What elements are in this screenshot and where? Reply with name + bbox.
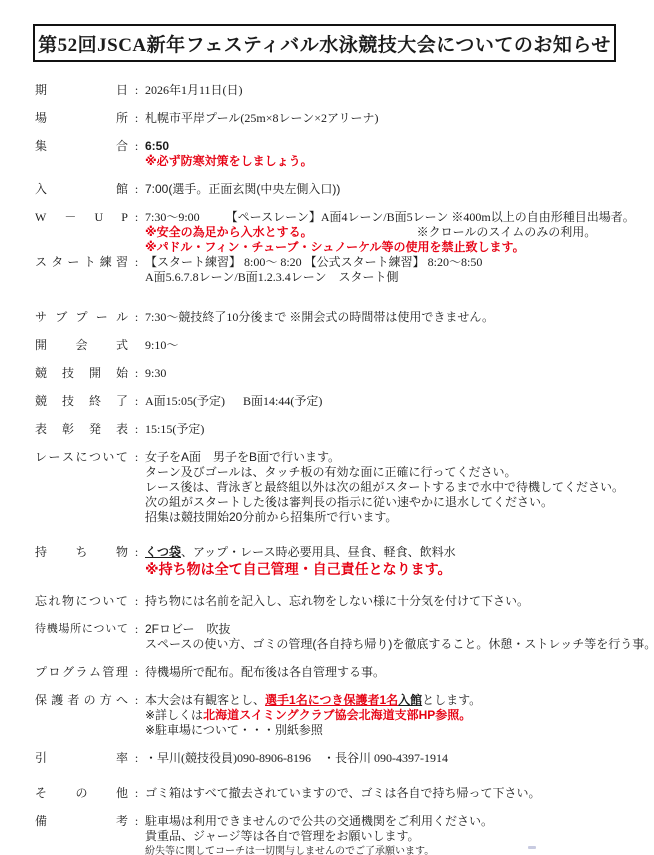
- value-line: ゴミ箱はすべて撤去されていますので、ゴミは各自で持ち帰って下さい。: [145, 786, 634, 801]
- label-char: に: [75, 594, 87, 609]
- row-colon: :: [128, 310, 145, 325]
- text-segment: 15:15(予定): [145, 422, 204, 437]
- row-label: レースについて: [35, 450, 128, 465]
- label-char: ル: [116, 310, 128, 325]
- row-colon: :: [128, 111, 145, 126]
- label-char: プ: [75, 310, 87, 325]
- text-segment: 9:10～: [145, 338, 178, 353]
- label-char: 忘: [35, 594, 47, 609]
- value-line: レース後は、背泳ぎと最終組以外は次の組がスタートするまで水中で待機してください。: [145, 480, 634, 495]
- value-line: 紛失等に関してコーチは一切関与しませんのでご了承願います。: [145, 844, 634, 855]
- label-char: 技: [62, 394, 74, 409]
- text-segment: とします。: [422, 693, 481, 708]
- label-char: 表: [35, 422, 47, 437]
- label-char: 始: [116, 366, 128, 381]
- text-segment: 待機場所で配布。配布後は各自管理する事。: [145, 665, 385, 680]
- label-char: 発: [89, 422, 101, 437]
- value-line: ※パドル・フィン・チューブ・シュノーケル等の使用を禁止致します。: [145, 240, 634, 255]
- value-line: 7:00(選手。正面玄関(中央左側入口)): [145, 182, 634, 197]
- value-line: A面15:05(予定)B面14:44(予定): [145, 394, 634, 409]
- text-segment: 7:30～9:00: [145, 210, 200, 225]
- row-colon: :: [128, 139, 145, 154]
- label-char: －: [64, 210, 76, 225]
- label-char: サ: [35, 310, 47, 325]
- row-label: 期日: [35, 83, 128, 98]
- row-colon: :: [128, 594, 145, 609]
- text-segment: ゴミ箱はすべて撤去されていますので、ゴミは各自で持ち帰って下さい。: [145, 786, 541, 801]
- label-char: ー: [48, 450, 60, 465]
- text-segment: 7:00(選手。正面玄関(中央左側入口)): [145, 182, 340, 197]
- row-awards: 表彰発表:15:15(予定): [35, 422, 634, 437]
- label-char: 習: [116, 255, 128, 270]
- label-char: 備: [35, 814, 47, 829]
- label-char: P: [121, 210, 128, 225]
- value-line: ※必ず防寒対策をしましょう。: [145, 154, 634, 169]
- label-char: 入: [35, 182, 47, 197]
- row-colon: :: [128, 394, 145, 409]
- row-lost-items: 忘れ物について:持ち物には名前を記入し、忘れ物をしない様に十分気を付けて下さい。: [35, 594, 634, 609]
- value-line: 女子をA面 男子をB面で行います。: [145, 450, 634, 465]
- text-segment: 7:30～競技終了10分後まで ※開会式の時間帯は使用できません。: [145, 310, 494, 325]
- row-colon: :: [128, 665, 145, 680]
- label-char: 所: [116, 111, 128, 126]
- value-line: 2Fロビー 吹抜: [145, 622, 634, 637]
- row-value: 7:00(選手。正面玄関(中央左側入口)): [145, 182, 634, 197]
- row-start-practice: スタート練習:【スタート練習】 8:00～ 8:20 【公式スタート練習】 8:…: [35, 255, 634, 285]
- value-line: ※安全の為足から入水とする。※クロールのスイムのみの利用。: [145, 225, 634, 240]
- row-value: 待機場所で配布。配布後は各自管理する事。: [145, 665, 634, 680]
- row-colon: :: [128, 814, 145, 829]
- text-segment: 【スタート練習】 8:00～ 8:20 【公式スタート練習】 8:20～8:50: [145, 255, 482, 270]
- row-value: 駐車場は利用できませんので公共の交通機関をご利用ください。貴重品、ジャージ等は各…: [145, 814, 634, 855]
- page-title: 第52回JSCA新年フェスティバル水泳競技大会についてのお知らせ: [38, 30, 611, 57]
- label-char: そ: [35, 786, 47, 801]
- row-about-race: レースについて:女子をA面 男子をB面で行います。ターン及びゴールは、タッチ板の…: [35, 450, 634, 525]
- row-date: 期日:2026年1月11日(日): [35, 83, 634, 98]
- label-char: 合: [116, 139, 128, 154]
- label-char: に: [82, 622, 93, 637]
- text-segment: スペースの使い方、ゴミの管理(各自持ち帰り)を徹底すること。休憩・ストレッチ等を…: [145, 637, 654, 652]
- label-char: い: [102, 450, 114, 465]
- text-segment: 札幌市平岸プール(25m×8レーン×2アリーナ): [145, 111, 379, 126]
- row-label: 競技開始: [35, 366, 128, 381]
- label-char: の: [75, 786, 87, 801]
- label-char: 開: [35, 338, 47, 353]
- label-char: 他: [116, 786, 128, 801]
- text-segment: ターン及びゴールは、タッチ板の有効な面に正確に行ってください。: [145, 465, 517, 480]
- value-line: 待機場所で配布。配布後は各自管理する事。: [145, 665, 634, 680]
- row-label: 保護者の方へ: [35, 693, 128, 708]
- label-char: 所: [70, 622, 81, 637]
- row-opening: 開会式9:10～: [35, 338, 634, 353]
- value-line: くつ袋、アップ・レース時必要用具、昼食、軽食、飲料水: [145, 545, 634, 560]
- value-line: 7:30～9:00【ペースレーン】A面4レーン/B面5レーン ※400m以上の自…: [145, 210, 634, 225]
- text-segment: ※持ち物は全て自己管理・自己責任となります。: [145, 560, 452, 579]
- text-segment: 紛失等に関してコーチは一切関与しませんのでご了承願います。: [145, 844, 434, 855]
- row-label: 引率: [35, 751, 128, 766]
- value-line: 持ち物には名前を記入し、忘れ物をしない様に十分気を付けて下さい。: [145, 594, 634, 609]
- label-char: U: [95, 210, 104, 225]
- row-value: 6:50※必ず防寒対策をしましょう。: [145, 139, 634, 169]
- row-value: 15:15(予定): [145, 422, 634, 437]
- notice-rows: 期日:2026年1月11日(日)場所:札幌市平岸プール(25m×8レーン×2アリ…: [35, 83, 634, 855]
- label-char: ち: [75, 545, 87, 560]
- label-char: 会: [75, 338, 87, 353]
- label-char: レ: [35, 450, 47, 465]
- row-value: 7:30～9:00【ペースレーン】A面4レーン/B面5レーン ※400m以上の自…: [145, 210, 634, 255]
- row-colon: :: [128, 182, 145, 197]
- row-colon: :: [128, 450, 145, 465]
- label-char: つ: [94, 622, 105, 637]
- label-char: ラ: [75, 665, 87, 680]
- label-char: グ: [62, 665, 74, 680]
- value-line: ※詳しくは北海道スイミングクラブ協会北海道支部HP参照。: [145, 708, 634, 723]
- row-label: 持ち物: [35, 545, 128, 560]
- row-race-end: 競技終了:A面15:05(予定)B面14:44(予定): [35, 394, 634, 409]
- label-char: ー: [67, 255, 79, 270]
- label-char: 考: [116, 814, 128, 829]
- row-value: 女子をA面 男子をB面で行います。ターン及びゴールは、タッチ板の有効な面に正確に…: [145, 450, 634, 525]
- label-char: 持: [35, 545, 47, 560]
- row-value: 本大会は有観客とし、選手1名につき保護者1名入館とします。※詳しくは北海道スイミ…: [145, 693, 634, 738]
- value-line: 札幌市平岸プール(25m×8レーン×2アリーナ): [145, 111, 634, 126]
- text-segment: ※必ず防寒対策をしましょう。: [145, 154, 313, 169]
- row-colon: :: [128, 210, 145, 225]
- label-char: 了: [116, 394, 128, 409]
- label-char: て: [117, 622, 128, 637]
- label-char: 者: [67, 693, 79, 708]
- row-value: 9:30: [145, 366, 634, 381]
- row-guardians: 保護者の方へ:本大会は有観客とし、選手1名につき保護者1名入館とします。※詳しく…: [35, 693, 634, 738]
- value-line: 6:50: [145, 139, 634, 154]
- label-char: い: [105, 622, 116, 637]
- value-line: 9:30: [145, 366, 634, 381]
- label-char: 練: [100, 255, 112, 270]
- text-segment: ・早川(競技役員)090-8906-8196 ・長谷川 090-4397-191…: [145, 751, 448, 766]
- label-char: ム: [89, 665, 101, 680]
- row-entry: 入館:7:00(選手。正面玄関(中央左側入口)): [35, 182, 634, 197]
- row-label: サブプール: [35, 310, 128, 325]
- label-char: 競: [35, 394, 47, 409]
- value-line: 15:15(予定): [145, 422, 634, 437]
- row-value: 9:10～: [145, 338, 634, 353]
- text-segment: B面14:44(予定): [243, 394, 322, 409]
- label-char: 機: [47, 622, 58, 637]
- row-label: 忘れ物について: [35, 594, 128, 609]
- text-segment: 9:30: [145, 366, 166, 381]
- label-char: 保: [35, 693, 47, 708]
- label-char: 式: [116, 338, 128, 353]
- row-label: 開会式: [35, 338, 128, 353]
- row-value: A面15:05(予定)B面14:44(予定): [145, 394, 634, 409]
- label-char: 物: [62, 594, 74, 609]
- label-char: 管: [102, 665, 114, 680]
- label-char: つ: [89, 450, 101, 465]
- label-char: 率: [116, 751, 128, 766]
- label-char: 理: [116, 665, 128, 680]
- row-value: 2Fロビー 吹抜スペースの使い方、ゴミの管理(各自持ち帰り)を徹底すること。休憩…: [145, 622, 634, 652]
- value-line: 招集は競技開始20分前から招集所で行います。: [145, 510, 634, 525]
- row-value: 【スタート練習】 8:00～ 8:20 【公式スタート練習】 8:20～8:50…: [145, 255, 634, 285]
- label-char: W: [35, 210, 46, 225]
- row-race-start: 競技開始:9:30: [35, 366, 634, 381]
- value-line: スペースの使い方、ゴミの管理(各自持ち帰り)を徹底すること。休憩・ストレッチ等を…: [145, 637, 634, 652]
- label-char: て: [116, 594, 128, 609]
- scan-artifact: [528, 846, 536, 849]
- value-line: 貴重品、ジャージ等は各自で管理をお願いします。: [145, 829, 634, 844]
- label-char: 引: [35, 751, 47, 766]
- row-others: その他:ゴミ箱はすべて撤去されていますので、ゴミは各自で持ち帰って下さい。: [35, 786, 634, 801]
- text-segment: A面5.6.7.8レーン/B面1.2.3.4レーン スタート側: [145, 270, 399, 285]
- label-char: に: [75, 450, 87, 465]
- value-line: 駐車場は利用できませんので公共の交通機関をご利用ください。: [145, 814, 634, 829]
- label-char: ー: [96, 310, 108, 325]
- label-char: 期: [35, 83, 47, 98]
- row-value: 7:30～競技終了10分後まで ※開会式の時間帯は使用できません。: [145, 310, 634, 325]
- label-char: 待: [35, 622, 46, 637]
- label-char: 物: [116, 545, 128, 560]
- label-char: ス: [62, 450, 74, 465]
- text-segment: 6:50: [145, 139, 169, 154]
- value-line: 本大会は有観客とし、選手1名につき保護者1名入館とします。: [145, 693, 634, 708]
- title-box: 第52回JSCA新年フェスティバル水泳競技大会についてのお知らせ: [33, 24, 616, 62]
- value-line: 7:30～競技終了10分後まで ※開会式の時間帯は使用できません。: [145, 310, 634, 325]
- row-colon: :: [128, 751, 145, 766]
- value-line: ターン及びゴールは、タッチ板の有効な面に正確に行ってください。: [145, 465, 634, 480]
- text-segment: 、アップ・レース時必要用具、昼食、軽食、飲料水: [181, 545, 456, 560]
- row-label: 備考: [35, 814, 128, 829]
- label-char: 彰: [62, 422, 74, 437]
- row-label: スタート練習: [35, 255, 128, 270]
- text-segment: 2Fロビー 吹抜: [145, 622, 231, 637]
- row-belongings: 持ち物:くつ袋、アップ・レース時必要用具、昼食、軽食、飲料水※持ち物は全て自己管…: [35, 545, 634, 579]
- text-segment: 貴重品、ジャージ等は各自で管理をお願いします。: [145, 829, 420, 844]
- row-label: W－UP: [35, 210, 128, 225]
- text-segment: 持ち物には名前を記入し、忘れ物をしない様に十分気を付けて下さい。: [145, 594, 529, 609]
- label-char: て: [116, 450, 128, 465]
- label-char: 表: [116, 422, 128, 437]
- label-char: ロ: [48, 665, 60, 680]
- notice-page: 第52回JSCA新年フェスティバル水泳競技大会についてのお知らせ 期日:2026…: [0, 0, 654, 855]
- label-char: 技: [62, 366, 74, 381]
- value-line: 2026年1月11日(日): [145, 83, 634, 98]
- value-line: A面5.6.7.8レーン/B面1.2.3.4レーン スタート側: [145, 270, 634, 285]
- value-line: 9:10～: [145, 338, 634, 353]
- label-char: 開: [89, 366, 101, 381]
- row-program: プログラム管理:待機場所で配布。配布後は各自管理する事。: [35, 665, 634, 680]
- label-char: い: [102, 594, 114, 609]
- text-segment: A面15:05(予定): [145, 394, 225, 409]
- row-label: 表彰発表: [35, 422, 128, 437]
- text-segment: 女子をA面 男子をB面で行います。: [145, 450, 340, 465]
- row-value: ゴミ箱はすべて撤去されていますので、ゴミは各自で持ち帰って下さい。: [145, 786, 634, 801]
- value-line: 【スタート練習】 8:00～ 8:20 【公式スタート練習】 8:20～8:50: [145, 255, 634, 270]
- label-char: 館: [116, 182, 128, 197]
- row-value: ・早川(競技役員)090-8906-8196 ・長谷川 090-4397-191…: [145, 751, 634, 766]
- row-colon: :: [128, 366, 145, 381]
- text-segment: レース後は、背泳ぎと最終組以外は次の組がスタートするまで水中で待機してください。: [145, 480, 624, 495]
- row-chaperones: 引率:・早川(競技役員)090-8906-8196 ・長谷川 090-4397-…: [35, 751, 634, 766]
- row-colon: :: [128, 693, 145, 708]
- row-label: 集合: [35, 139, 128, 154]
- row-value: 2026年1月11日(日): [145, 83, 634, 98]
- value-line: ※駐車場について・・・別紙参照: [145, 723, 634, 738]
- label-char: 競: [35, 366, 47, 381]
- row-label: その他: [35, 786, 128, 801]
- label-char: ト: [84, 255, 96, 270]
- text-segment: ※安全の為足から入水とする。: [145, 225, 313, 240]
- row-value: くつ袋、アップ・レース時必要用具、昼食、軽食、飲料水※持ち物は全て自己管理・自己…: [145, 545, 634, 579]
- row-label: 待機場所について: [35, 622, 128, 637]
- label-char: 方: [100, 693, 112, 708]
- value-line: 次の組がスタートした後は審判長の指示に従い速やかに退水してください。: [145, 495, 634, 510]
- text-segment: 2026年1月11日(日): [145, 83, 243, 98]
- row-label: 入館: [35, 182, 128, 197]
- label-char: 集: [35, 139, 47, 154]
- text-segment: 【ペースレーン】A面4レーン/B面5レーン ※400m以上の自由形種目出場者。: [226, 210, 635, 225]
- label-char: プ: [35, 665, 47, 680]
- row-colon: :: [128, 255, 145, 270]
- row-sub-pool: サブプール:7:30～競技終了10分後まで ※開会式の時間帯は使用できません。: [35, 310, 634, 325]
- text-segment: ※駐車場について・・・別紙参照: [145, 723, 323, 738]
- label-char: ス: [35, 255, 47, 270]
- row-label: 競技終了: [35, 394, 128, 409]
- text-segment: 入館: [398, 693, 422, 708]
- row-warmup: W－UP:7:30～9:00【ペースレーン】A面4レーン/B面5レーン ※400…: [35, 210, 634, 255]
- text-segment: ※詳しくは: [145, 708, 203, 723]
- text-segment: 北海道スイミングクラブ協会北海道支部HP参照。: [203, 708, 471, 723]
- row-place: 場所:札幌市平岸プール(25m×8レーン×2アリーナ): [35, 111, 634, 126]
- row-colon: :: [128, 786, 145, 801]
- row-colon: :: [128, 622, 145, 637]
- label-char: の: [84, 693, 96, 708]
- row-waiting-area: 待機場所について:2Fロビー 吹抜スペースの使い方、ゴミの管理(各自持ち帰り)を…: [35, 622, 634, 652]
- text-segment: 選手1名につき保護者1名: [265, 693, 398, 708]
- value-line: ※持ち物は全て自己管理・自己責任となります。: [145, 560, 634, 579]
- label-char: ブ: [55, 310, 67, 325]
- text-segment: くつ袋: [145, 545, 181, 560]
- label-char: タ: [51, 255, 63, 270]
- text-segment: 本大会は有観客とし、: [145, 693, 265, 708]
- row-label: 場所: [35, 111, 128, 126]
- text-segment: 駐車場は利用できませんので公共の交通機関をご利用ください。: [145, 814, 493, 829]
- row-notes: 備考:駐車場は利用できませんので公共の交通機関をご利用ください。貴重品、ジャージ…: [35, 814, 634, 855]
- row-value: 持ち物には名前を記入し、忘れ物をしない様に十分気を付けて下さい。: [145, 594, 634, 609]
- label-char: 護: [51, 693, 63, 708]
- label-char: へ: [116, 693, 128, 708]
- text-segment: 招集は競技開始20分前から招集所で行います。: [145, 510, 397, 525]
- label-char: つ: [89, 594, 101, 609]
- text-segment: ※クロールのスイムのみの利用。: [417, 225, 597, 240]
- text-segment: 次の組がスタートした後は審判長の指示に従い速やかに退水してください。: [145, 495, 553, 510]
- row-colon: :: [128, 422, 145, 437]
- row-meeting: 集合:6:50※必ず防寒対策をしましょう。: [35, 139, 634, 169]
- row-label: プログラム管理: [35, 665, 128, 680]
- label-char: 終: [89, 394, 101, 409]
- row-colon: :: [128, 545, 145, 560]
- row-colon: :: [128, 83, 145, 98]
- label-char: 日: [116, 83, 128, 98]
- label-char: 場: [58, 622, 69, 637]
- text-segment: ※パドル・フィン・チューブ・シュノーケル等の使用を禁止致します。: [145, 240, 525, 255]
- label-char: れ: [48, 594, 60, 609]
- row-value: 札幌市平岸プール(25m×8レーン×2アリーナ): [145, 111, 634, 126]
- value-line: ・早川(競技役員)090-8906-8196 ・長谷川 090-4397-191…: [145, 751, 634, 766]
- label-char: 場: [35, 111, 47, 126]
